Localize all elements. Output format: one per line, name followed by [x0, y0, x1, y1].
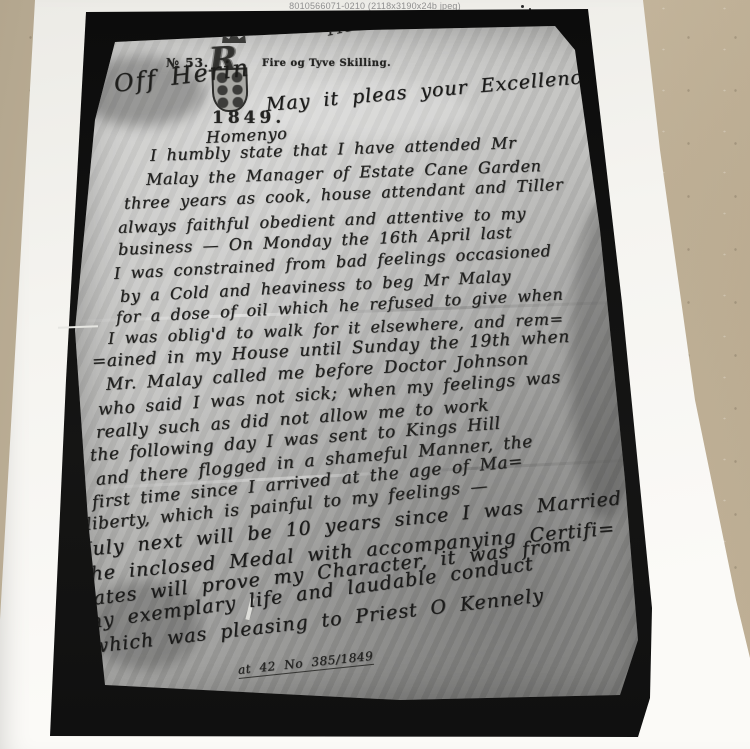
- frame-caption: 8010566071-0210 (2118x3190x24b jpeg): [268, 1, 482, 11]
- photograph-of-document: 8010566071-0210 (2118x3190x24b jpeg) 113…: [0, 0, 750, 749]
- shield-charge: [231, 84, 244, 95]
- shield-charge: [216, 85, 229, 96]
- dust-speck: [521, 5, 524, 8]
- shield-charge: [216, 97, 229, 108]
- document-page: 113 № 53. R Fire og Tyve Skilling. 1849.…: [70, 20, 650, 710]
- stamp-denomination: Fire og Tyve Skilling.: [262, 58, 391, 69]
- filing-reference: at 42 No 385/1849: [237, 649, 374, 679]
- shield-charge: [231, 97, 244, 108]
